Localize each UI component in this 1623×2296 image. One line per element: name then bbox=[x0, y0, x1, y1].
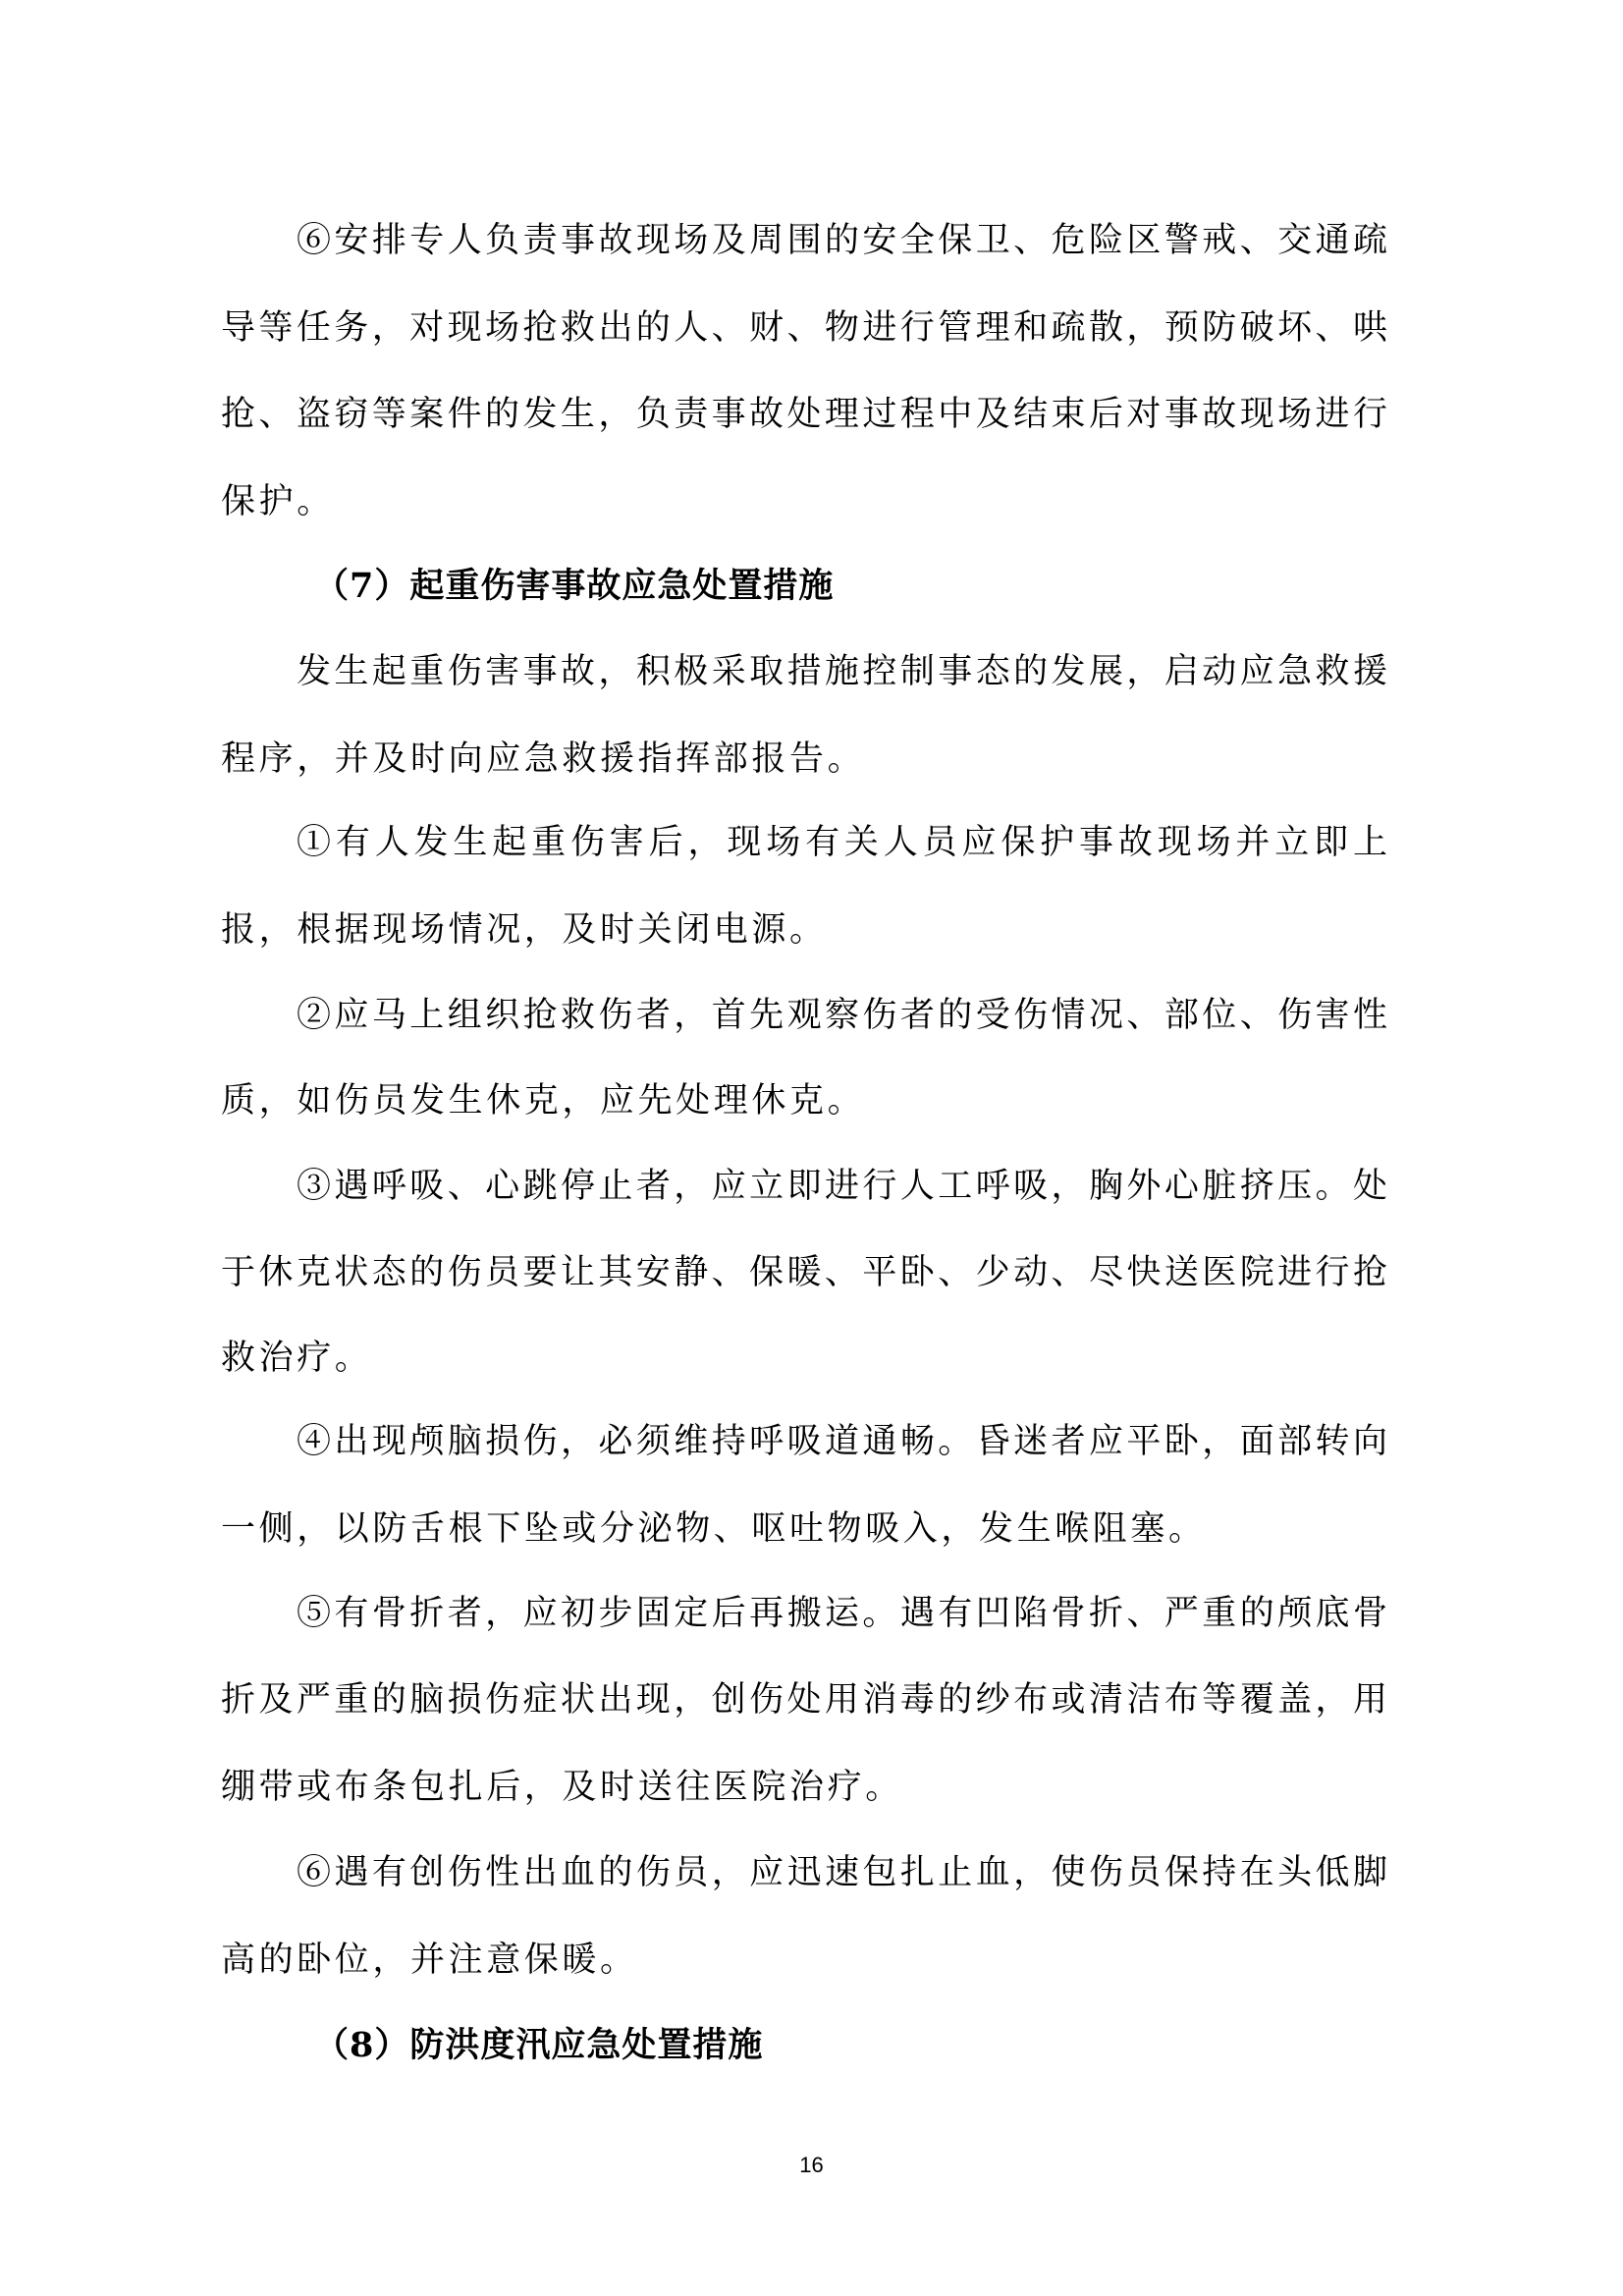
paragraph-security-line-1: ⑥安排专人负责事故现场及周围的安全保卫、危险区警戒、交通疏 bbox=[297, 219, 1387, 262]
paragraph-item-1-line-2: 报，根据现场情况，及时关闭电源。 bbox=[221, 908, 1387, 952]
paragraph-item-6-line-2: 高的卧位，并注意保暖。 bbox=[221, 1939, 1387, 1982]
paragraph-intro-line-2: 程序，并及时向应急救援指挥部报告。 bbox=[221, 738, 1387, 781]
paragraph-item-1-line-1: ①有人发生起重伤害后，现场有关人员应保护事故现场并立即上 bbox=[297, 821, 1387, 864]
section-heading-7: （7）起重伤害事故应急处置措施 bbox=[314, 565, 834, 608]
paragraph-security-line-2: 导等任务，对现场抢救出的人、财、物进行管理和疏散，预防破坏、哄 bbox=[221, 306, 1387, 350]
paragraph-item-6-line-1: ⑥遇有创伤性出血的伤员，应迅速包扎止血，使伤员保持在头低脚 bbox=[297, 1851, 1387, 1894]
paragraph-item-5-line-2: 折及严重的脑损伤症状出现，创伤处用消毒的纱布或清洁布等覆盖，用 bbox=[221, 1678, 1387, 1722]
paragraph-item-4-line-2: 一侧，以防舌根下坠或分泌物、呕吐物吸入，发生喉阻塞。 bbox=[221, 1507, 1387, 1551]
paragraph-intro-line-1: 发生起重伤害事故，积极采取措施控制事态的发展，启动应急救援 bbox=[297, 650, 1387, 693]
page-number: 16 bbox=[0, 2154, 1623, 2177]
paragraph-security-line-4: 保护。 bbox=[221, 480, 1387, 523]
paragraph-item-2-line-2: 质，如伤员发生休克，应先处理休克。 bbox=[221, 1079, 1387, 1122]
paragraph-item-2-line-1: ②应马上组织抢救伤者，首先观察伤者的受伤情况、部位、伤害性 bbox=[297, 994, 1387, 1037]
document-page: ⑥安排专人负责事故现场及周围的安全保卫、危险区警戒、交通疏 导等任务，对现场抢救… bbox=[0, 0, 1623, 2296]
paragraph-item-5-line-3: 绷带或布条包扎后，及时送往医院治疗。 bbox=[221, 1766, 1387, 1809]
paragraph-security-line-3: 抢、盗窃等案件的发生，负责事故处理过程中及结束后对事故现场进行 bbox=[221, 393, 1387, 436]
paragraph-item-3-line-2: 于休克状态的伤员要让其安静、保暖、平卧、少动、尽快送医院进行抢 bbox=[221, 1251, 1387, 1294]
section-heading-8: （8）防洪度汛应急处置措施 bbox=[314, 2024, 763, 2067]
paragraph-item-3-line-3: 救治疗。 bbox=[221, 1337, 1387, 1380]
paragraph-item-4-line-1: ④出现颅脑损伤，必须维持呼吸道通畅。昏迷者应平卧，面部转向 bbox=[297, 1420, 1387, 1463]
paragraph-item-3-line-1: ③遇呼吸、心跳停止者，应立即进行人工呼吸，胸外心脏挤压。处 bbox=[297, 1165, 1387, 1208]
paragraph-item-5-line-1: ⑤有骨折者，应初步固定后再搬运。遇有凹陷骨折、严重的颅底骨 bbox=[297, 1592, 1387, 1635]
